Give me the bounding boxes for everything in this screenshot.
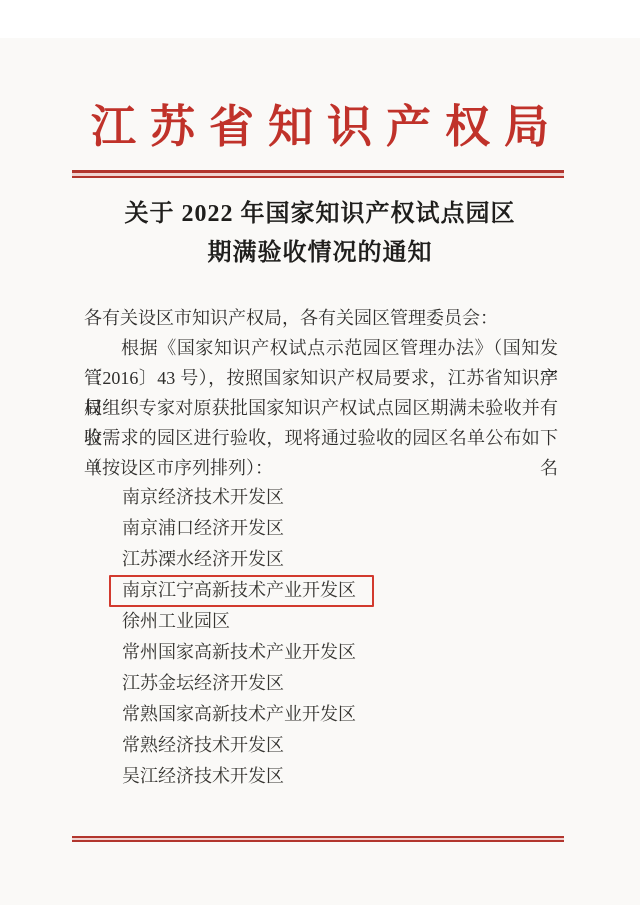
park-item: 常州国家高新技术产业开发区 [122,637,562,668]
body-line: 局组织专家对原获批国家知识产权试点园区期满未验收并有验 [84,393,558,423]
body-line: 根据《国家知识产权试点示范园区管理办法》（国知发管字 [84,333,558,363]
park-name: 常熟经济技术开发区 [122,735,284,755]
document-title-line1: 关于 2022 年国家知识产权试点园区 [0,195,640,234]
park-name: 江苏金坛经济开发区 [122,673,284,693]
park-item: 南京经济技术开发区 [122,482,562,513]
footer-double-rule [72,836,564,842]
park-item: 徐州工业园区 [122,606,562,637]
body-line: 收需求的园区进行验收，现将通过验收的园区名单公布如下（名 [84,423,558,453]
park-item: 南京浦口经济开发区 [122,513,562,544]
body-line: 〔2016〕43 号），按照国家知识产权局要求，江苏省知识产权 [84,363,558,393]
park-name: 南京经济技术开发区 [122,487,284,507]
park-name: 常州国家高新技术产业开发区 [122,642,356,662]
park-name: 吴江经济技术开发区 [122,766,284,786]
park-item: 常熟国家高新技术产业开发区 [122,699,562,730]
letterhead-title: 江苏省知识产权局 [0,101,640,153]
park-item: 南京江宁高新技术产业开发区 [122,575,562,606]
park-name: 南京浦口经济开发区 [122,518,284,538]
notice-body: 各有关设区市知识产权局，各有关园区管理委员会：根据《国家知识产权试点示范园区管理… [84,303,558,483]
park-name: 徐州工业园区 [122,611,230,631]
park-item: 常熟经济技术开发区 [122,730,562,761]
park-name: 常熟国家高新技术产业开发区 [122,704,356,724]
letterhead-double-rule [72,170,564,178]
highlighted-park-box: 南京江宁高新技术产业开发区 [109,575,374,607]
park-item: 江苏金坛经济开发区 [122,668,562,699]
scan-top-margin [0,0,640,38]
park-item: 江苏溧水经济开发区 [122,544,562,575]
document-title-line2: 期满验收情况的通知 [0,234,640,273]
approved-park-list: 南京经济技术开发区南京浦口经济开发区江苏溧水经济开发区南京江宁高新技术产业开发区… [122,482,562,792]
body-line: 各有关设区市知识产权局，各有关园区管理委员会： [84,303,558,333]
park-item: 吴江经济技术开发区 [122,761,562,792]
scanned-notice-page: 江苏省知识产权局 关于 2022 年国家知识产权试点园区 期满验收情况的通知 各… [0,0,640,905]
park-name: 江苏溧水经济开发区 [122,549,284,569]
document-title: 关于 2022 年国家知识产权试点园区 期满验收情况的通知 [0,195,640,273]
